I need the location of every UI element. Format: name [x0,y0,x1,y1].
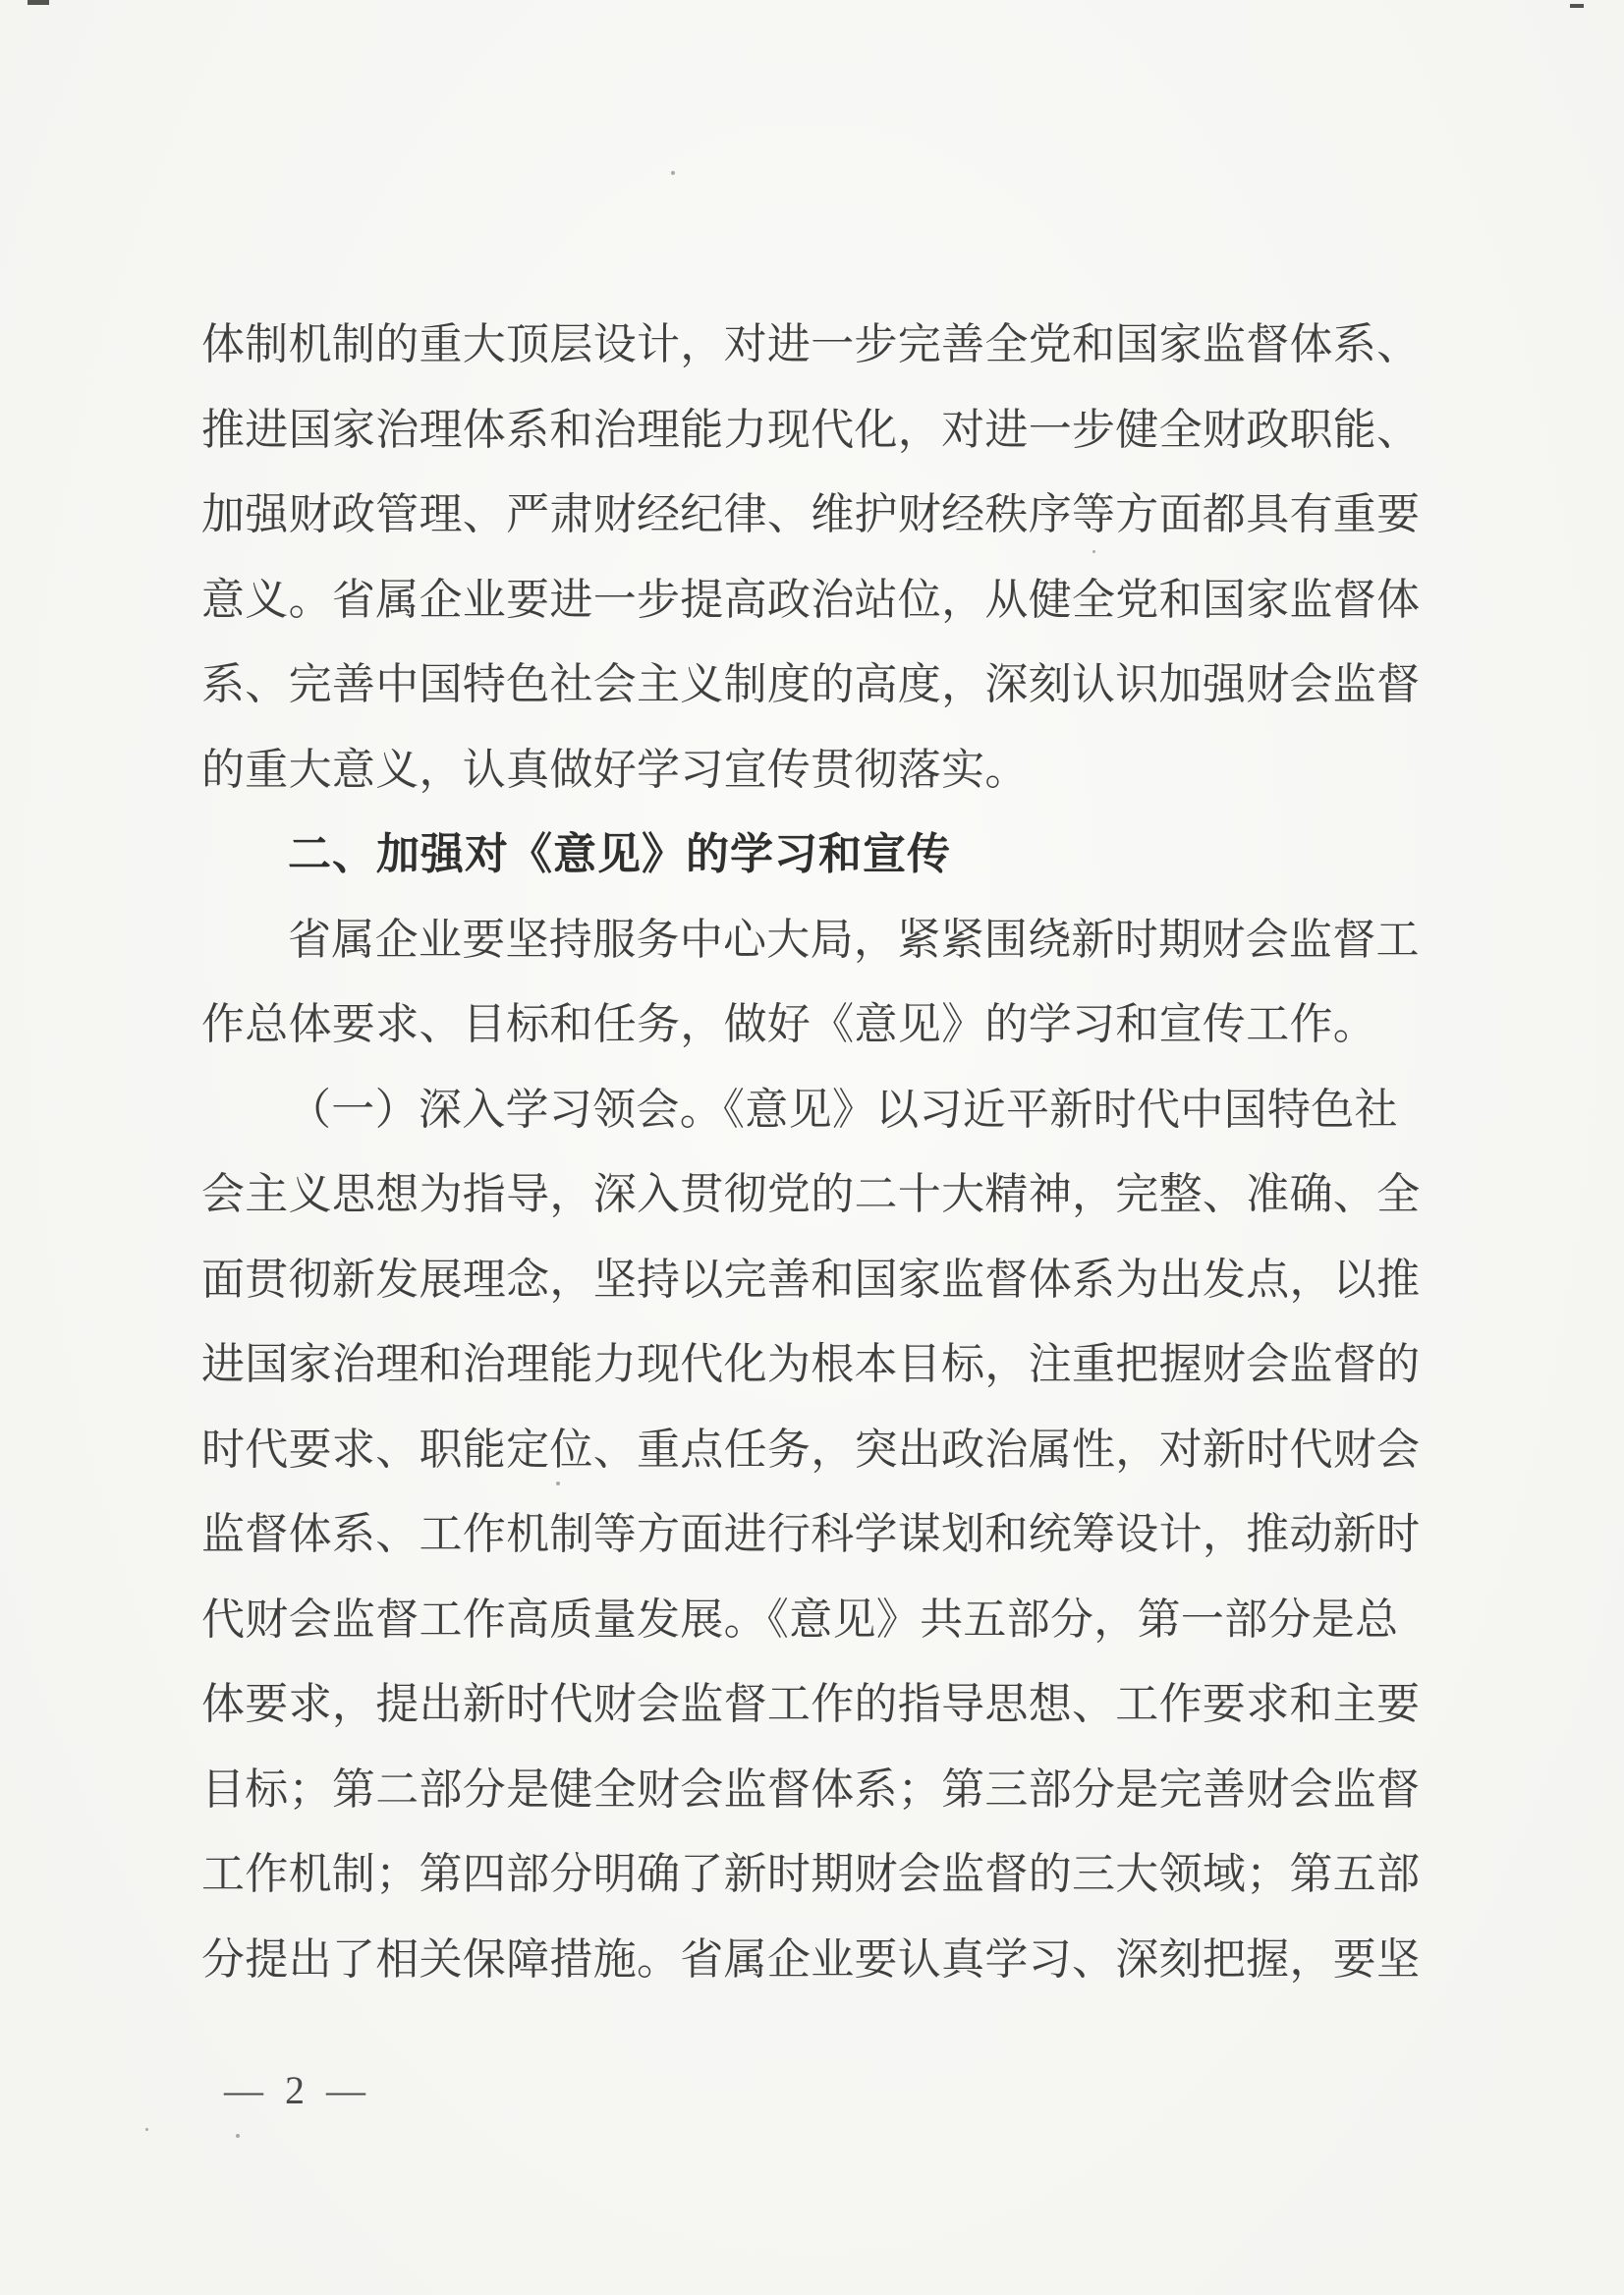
body-line: 体制机制的重大顶层设计，对进一步完善全党和国家监督体系、 [201,303,1420,388]
body-line: （一）深入学习领会。《意见》以习近平新时代中国特色社 [201,1068,1420,1153]
body-line: 意义。省属企业要进一步提高政治站位，从健全党和国家监督体 [201,558,1420,644]
page-number: — 2 — [224,2061,371,2120]
body-line: 工作机制；第四部分明确了新时期财会监督的三大领域；第五部 [201,1832,1420,1918]
scan-artifact [1570,4,1584,8]
scan-artifact [671,171,675,175]
body-line: 会主义思想为指导，深入贯彻党的二十大精神，完整、准确、全 [201,1152,1420,1238]
body-line: 时代要求、职能定位、重点任务，突出政治属性，对新时代财会 [201,1408,1420,1493]
body-line: 分提出了相关保障措施。省属企业要认真学习、深刻把握，要坚 [201,1918,1420,2003]
body-line: 体要求，提出新时代财会监督工作的指导思想、工作要求和主要 [201,1662,1420,1748]
body-line: 进国家治理和治理能力现代化为根本目标，注重把握财会监督的 [201,1322,1420,1408]
body-line: 面贯彻新发展理念，坚持以完善和国家监督体系为出发点，以推 [201,1238,1420,1323]
body-line: 推进国家治理体系和治理能力现代化，对进一步健全财政职能、 [201,388,1420,474]
body-line: 省属企业要坚持服务中心大局，紧紧围绕新时期财会监督工 [201,898,1420,983]
body-line: 加强财政管理、严肃财经纪律、维护财经秩序等方面都具有重要 [201,473,1420,558]
body-line: 监督体系、工作机制等方面进行科学谋划和统筹设计，推动新时 [201,1492,1420,1578]
section-heading: 二、加强对《意见》的学习和宣传 [201,812,1420,898]
body-line: 目标；第二部分是健全财会监督体系；第三部分是完善财会监督 [201,1748,1420,1833]
scan-artifact [28,0,49,5]
body-line: 代财会监督工作高质量发展。《意见》共五部分，第一部分是总 [201,1578,1420,1663]
body-line: 作总体要求、目标和任务，做好《意见》的学习和宣传工作。 [201,982,1420,1068]
document-body: 体制机制的重大顶层设计，对进一步完善全党和国家监督体系、 推进国家治理体系和治理… [201,303,1420,2002]
body-line: 的重大意义，认真做好学习宣传贯彻落实。 [201,728,1420,813]
scan-artifact [145,2128,148,2131]
scan-artifact [236,2134,240,2138]
body-line: 系、完善中国特色社会主义制度的高度，深刻认识加强财会监督 [201,643,1420,728]
